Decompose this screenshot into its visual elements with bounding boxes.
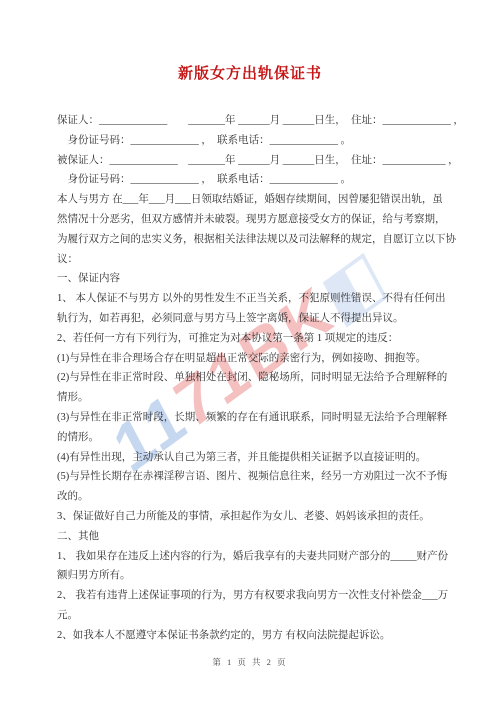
text-line: 身份证号码：_____________ ， 联系电话：_____________… [57, 170, 457, 190]
text-line: 的情形。 [57, 428, 457, 448]
text-line: 2、若任何一方有下列行为，可推定为对本协议第一条第 1 项规定的违反： [57, 329, 457, 349]
text-line: 身份证号码：_____________ ， 联系电话：_____________… [57, 131, 457, 151]
text-line: 额归男方所有。 [57, 566, 457, 586]
text-line: (3)与异性在非正常时段，长期、频繁的存在有通讯联系，同时明显无法给予合理解释 [57, 408, 457, 428]
section2-heading: 二、其他 [57, 527, 457, 547]
document-body: 保证人：_____________ _______年 ______月 _____… [57, 111, 457, 646]
text-line: 议： [57, 250, 457, 270]
text-line: 为履行双方之间的忠实义务，根据相关法律法规以及司法解释的规定，自愿订立以下协 [57, 230, 457, 250]
document-page: 1171BK◧ 新版女方出轨保证书 保证人：_____________ ____… [0, 0, 500, 706]
section1-content: 1、 本人保证不与男方 以外的男性发生不正当关系，不犯原则性错误、不得有任何出轨… [57, 289, 457, 527]
text-line: (1)与异性在非合理场合存在明显超出正常交际的亲密行为，例如接吻、拥抱等。 [57, 349, 457, 369]
text-line: 2、如我本人不愿遵守本保证书条款约定的，男方 有权向法院提起诉讼。 [57, 626, 457, 646]
footer-page-number: 第 1 页 共 2 页 [0, 656, 500, 668]
text-line: (4)有异性出现，主动承认自己为第三者，并且能提供相关证据予以直接证明的。 [57, 448, 457, 468]
text-line: 保证人：_____________ _______年 ______月 _____… [57, 111, 457, 131]
text-line: 本人与男方 在___年___月___日领取结婚证，婚姻存续期间，因曾屡犯错误出轨… [57, 190, 457, 210]
text-line: (5)与异性长期存在赤裸淫秽言语、图片、视频信息往来，经另一方劝阻过一次不予悔 [57, 467, 457, 487]
intro-paragraph: 本人与男方 在___年___月___日领取结婚证，婚姻存续期间，因曾屡犯错误出轨… [57, 190, 457, 269]
text-line: 1、 我如果存在违反上述内容的行为，婚后我享有的夫妻共同财产部分的_____财产… [57, 547, 457, 567]
text-line: 1、 本人保证不与男方 以外的男性发生不正当关系，不犯原则性错误、不得有任何出 [57, 289, 457, 309]
text-line: 被保证人：_____________ _______年 ______月 ____… [57, 151, 457, 171]
party-info-block: 保证人：_____________ _______年 ______月 _____… [57, 111, 457, 190]
text-line: 轨行为，如若再犯，必须同意与男方马上签字离婚，保证人不得提出异议。 [57, 309, 457, 329]
section1-heading: 一、保证内容 [57, 269, 457, 289]
document-title: 新版女方出轨保证书 [0, 0, 500, 83]
text-line: 3、保证做好自己力所能及的事情，承担起作为女儿、老婆、妈妈该承担的责任。 [57, 507, 457, 527]
section2-content: 1、 我如果存在违反上述内容的行为，婚后我享有的夫妻共同财产部分的_____财产… [57, 547, 457, 646]
text-line: 改的。 [57, 487, 457, 507]
text-line: (2)与异性在非正常时段、单独相处在封闭、隐秘场所，同时明显无法给予合理解释的 [57, 368, 457, 388]
text-line: 情形。 [57, 388, 457, 408]
text-line: 然情况十分恶劣，但双方感情并未破裂。现男方愿意接受女方的保证，给与考察期， [57, 210, 457, 230]
text-line: 元。 [57, 606, 457, 626]
text-line: 2、 我若有违背上述保证事项的行为，男方有权要求我向男方一次性支付补偿金___万 [57, 586, 457, 606]
